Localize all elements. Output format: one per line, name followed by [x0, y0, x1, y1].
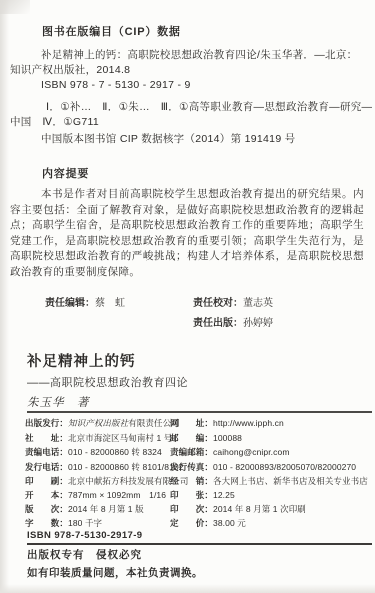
copyright-notice: 出版权专有 侵权必究	[27, 549, 142, 562]
pub-value: 12.25	[213, 488, 235, 502]
title-block: 补足精神上的钙 ——高职院校思想政治教育四论 朱玉华 著	[27, 354, 188, 409]
isbn-footer: ISBN 978-7-5130-2917-9	[27, 530, 142, 541]
pub-value: 010 - 82000860 转 8324	[68, 445, 162, 459]
pub-label: 版 次：	[25, 502, 68, 516]
book-copyright-page: 图书在版编目（CIP）数据 补足精神上的钙：高职院校思想政治教育四论/朱玉华著．…	[0, 0, 375, 593]
pub-label: 邮 编：	[170, 431, 213, 445]
pub-label: 责编邮箱：	[170, 445, 213, 459]
scan-edge-left	[0, 0, 9, 593]
publisher-logo-script: 知识产权出版社	[68, 419, 128, 429]
staff-editor-label: 责任编辑：	[45, 298, 95, 309]
pub-label: 印 次：	[170, 502, 213, 516]
pub-value: 2014 年 8 月第 1 次印刷	[213, 502, 306, 516]
cip-entry-line1: 补足精神上的钙：高职院校思想政治教育四论/朱玉华著．—北京：	[10, 48, 364, 63]
pub-value-publisher: 知识产权出版社有限责任公司	[68, 416, 180, 431]
cip-block: 图书在版编目（CIP）数据 补足精神上的钙：高职院校思想政治教育四论/朱玉华著．…	[10, 26, 364, 147]
pub-label: 责编电话：	[25, 445, 68, 459]
pub-label: 定 价：	[170, 516, 213, 530]
pub-label: 开 本：	[25, 488, 68, 502]
pub-row: 责编电话： 010 - 82000860 转 8324 责编邮箱： caihon…	[25, 445, 370, 459]
staff-editor-name: 蔡 虹	[95, 298, 125, 309]
cip-class-line1: Ⅰ．①补… Ⅱ．①朱… Ⅲ．①高等职业教育—思想政治教育—研究—	[10, 100, 364, 115]
pub-row: 印 刷： 北京中献拓方科技发展有限公司 经 销： 各大网上书店、新华书店及相关专…	[25, 474, 370, 488]
publication-info-table: 出版发行： 知识产权出版社有限责任公司 网 址： http://www.ipph…	[25, 416, 370, 531]
pub-value: http://www.ipph.cn	[213, 416, 284, 431]
staff-publisher: 责任出版：孙婷婷	[193, 317, 273, 330]
abstract-block: 内容提要 本书是作者对目前高职院校学生思想政治教育提出的研究结果。内容主要包括：…	[10, 168, 364, 280]
abstract-heading: 内容提要	[42, 168, 364, 181]
staff-proofreader-name: 董志英	[243, 298, 273, 309]
abstract-body: 本书是作者对目前高职院校学生思想政治教育提出的研究结果。内容主要包括：全面了解教…	[10, 187, 364, 280]
staff-publisher-name: 孙婷婷	[243, 318, 273, 329]
book-author: 朱玉华 著	[27, 395, 188, 409]
pub-label: 印 刷：	[25, 474, 68, 488]
pub-label: 网 址：	[170, 416, 213, 431]
staff-proofreader-label: 责任校对：	[193, 298, 243, 309]
pub-value: 各大网上书店、新华书店及相关专业书店	[213, 474, 368, 488]
pub-label: 字 数：	[25, 516, 68, 530]
pub-row: 发行电话： 010 - 82000860 转 8101/8102 发行传真： 0…	[25, 460, 370, 474]
pub-value: caihong@cnipr.com	[213, 445, 289, 459]
pub-row: 社 址： 北京市海淀区马甸南村 1 号 邮 编： 100088	[25, 431, 370, 445]
pub-row: 出版发行： 知识产权出版社有限责任公司 网 址： http://www.ipph…	[25, 416, 370, 431]
divider-top	[27, 411, 372, 413]
pub-value: 38.00 元	[213, 516, 246, 530]
pub-label: 出版发行：	[25, 416, 68, 431]
pub-row: 版 次： 2014 年 8 月第 1 版 印 次： 2014 年 8 月第 1 …	[25, 502, 370, 516]
pub-row: 字 数： 180 千字 定 价： 38.00 元	[25, 516, 370, 530]
staff-proofreader: 责任校对：董志英	[193, 297, 273, 310]
pub-label: 社 址：	[25, 431, 68, 445]
cip-record-line: 中国版本图书馆 CIP 数据核字（2014）第 191419 号	[10, 132, 364, 147]
book-subtitle: ——高职院校思想政治教育四论	[27, 377, 188, 390]
cip-entry-line2: 知识产权出版社，2014.8	[10, 63, 364, 78]
pub-value: 100088	[213, 431, 242, 445]
staff-publisher-label: 责任出版：	[193, 318, 243, 329]
pub-value: 180 千字	[68, 516, 102, 530]
pub-label: 发行传真：	[170, 460, 213, 474]
staff-editor: 责任编辑：蔡 虹	[45, 297, 125, 310]
pub-label: 印 张：	[170, 488, 213, 502]
pub-label: 发行电话：	[25, 460, 68, 474]
pub-value: 北京市海淀区马甸南村 1 号	[68, 431, 172, 445]
pub-value: 2014 年 8 月第 1 版	[68, 502, 144, 516]
pub-label: 经 销：	[170, 474, 213, 488]
staff-credits: 责任编辑：蔡 虹 责任校对：董志英 责任出版：孙婷婷	[45, 297, 362, 337]
quality-notice: 如有印装质量问题，本社负责调换。	[27, 567, 203, 580]
cip-isbn-line: ISBN 978 - 7 - 5130 - 2917 - 9	[10, 78, 364, 93]
cip-class-line2: 中国 Ⅳ．①G711	[10, 115, 364, 130]
pub-value: 787mm × 1092mm 1/16	[68, 488, 166, 502]
book-title: 补足精神上的钙	[27, 354, 188, 371]
scan-edge-topleft	[0, 0, 30, 14]
scan-edge-bottom	[0, 584, 375, 593]
pub-row: 开 本： 787mm × 1092mm 1/16 印 张： 12.25	[25, 488, 370, 502]
cip-heading: 图书在版编目（CIP）数据	[42, 26, 364, 38]
divider-bottom	[27, 543, 372, 545]
pub-value: 010 - 82000860 转 8101/8102	[68, 460, 184, 474]
pub-value: 010 - 82000893/82005070/82000270	[213, 460, 356, 474]
